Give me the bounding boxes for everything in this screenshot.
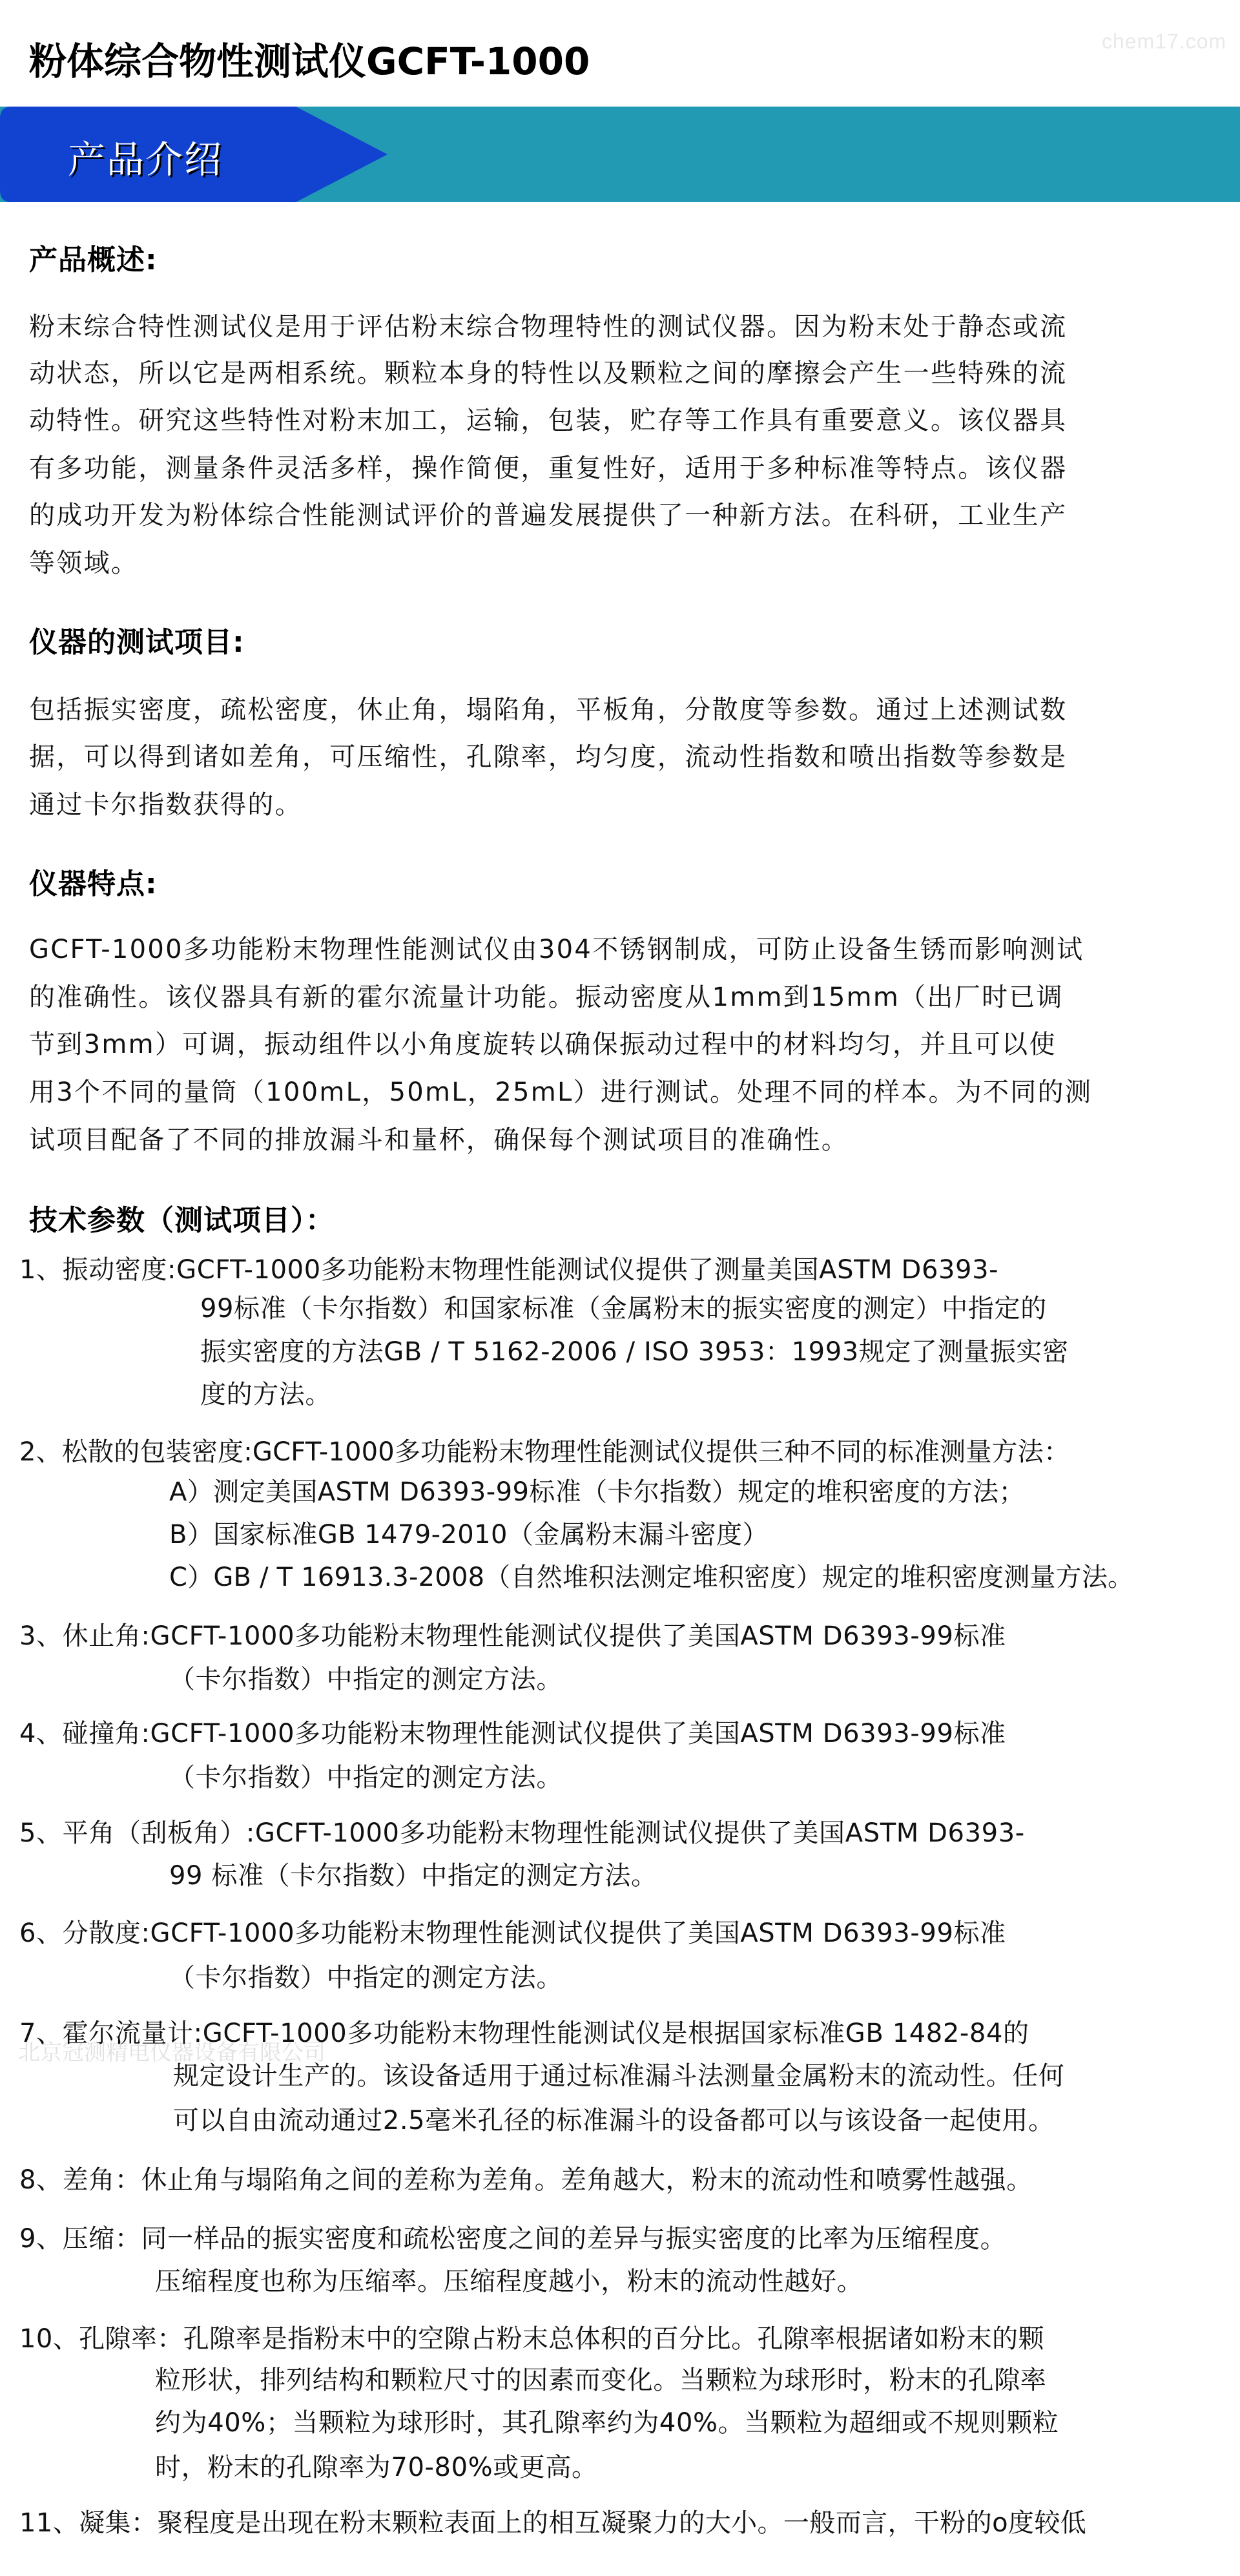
spec-item-2-sub-c: C）GB / T 16913.3-2008（自然堆积法测定堆积密度）规定的堆积密… (169, 1564, 1133, 1590)
page-title: 粉体综合物性测试仪GCFT-1000 (29, 31, 590, 85)
test-items-line: 包括振实密度，疏松密度，休止角，塌陷角，平板角，分散度等参数。通过上述测试数 (29, 697, 1067, 723)
spec-item-1-cont: 振实密度的方法GB / T 5162-2006 / ISO 3953：1993规… (200, 1339, 1069, 1365)
features-line: 用3个不同的量筒（100mL，50mL，25mL）进行测试。处理不同的样本。为不… (29, 1079, 1092, 1105)
overview-heading: 产品概述: (29, 236, 158, 278)
overview-line: 动状态，所以它是两相系统。颗粒本身的特性以及颗粒之间的摩擦会产生一些特殊的流 (29, 360, 1067, 386)
spec-item-4-cont: （卡尔指数）中指定的测定方法。 (169, 1765, 563, 1791)
spec-item-2: 2、松散的包装密度:GCFT-1000多功能粉末物理性能测试仪提供三种不同的标准… (19, 1439, 1069, 1465)
features-line: GCFT-1000多功能粉末物理性能测试仪由304不锈钢制成，可防止设备生锈而影… (29, 937, 1084, 962)
overview-line: 动特性。研究这些特性对粉末加工，运输，包装，贮存等工作具有重要意义。该仪器具 (29, 408, 1067, 433)
spec-item-10-cont: 粒形状，排列结构和颗粒尺寸的因素而变化。当颗粒为球形时，粉末的孔隙率 (155, 2367, 1046, 2393)
spec-item-6: 6、分散度:GCFT-1000多功能粉末物理性能测试仪提供了美国ASTM D63… (19, 1920, 1006, 1946)
spec-item-10-cont: 约为40%；当颗粒为球形时，其孔隙率约为40%。当颗粒为超细或不规则颗粒 (155, 2410, 1059, 2436)
spec-item-1: 1、振动密度:GCFT-1000多功能粉末物理性能测试仪提供了测量美国ASTM … (19, 1257, 998, 1283)
site-watermark: chem17.com (1102, 30, 1226, 54)
banner-label: 产品介绍 (68, 129, 223, 183)
spec-item-7-cont: 规定设计生产的。该设备适用于通过标准漏斗法测量金属粉末的流动性。任何 (173, 2063, 1064, 2089)
spec-item-1-cont: 99标准（卡尔指数）和国家标准（金属粉末的振实密度的测定）中指定的 (200, 1296, 1047, 1322)
spec-item-8: 8、差角：休止角与塌陷角之间的差称为差角。差角越大，粉末的流动性和喷雾性越强。 (19, 2167, 1033, 2193)
features-line: 的准确性。该仪器具有新的霍尔流量计功能。振动密度从1mm到15mm（出厂时已调 (29, 984, 1064, 1010)
spec-item-2-sub-b: B）国家标准GB 1479-2010（金属粉末漏斗密度） (169, 1522, 769, 1548)
test-items-line: 据，可以得到诸如差角，可压缩性，孔隙率，均匀度，流动性指数和喷出指数等参数是 (29, 744, 1067, 770)
spec-item-4: 4、碰撞角:GCFT-1000多功能粉末物理性能测试仪提供了美国ASTM D63… (19, 1721, 1006, 1747)
spec-item-9: 9、压缩：同一样品的振实密度和疏松密度之间的差异与振实密度的比率为压缩程度。 (19, 2226, 1006, 2252)
spec-item-7: 7、霍尔流量计:GCFT-1000多功能粉末物理性能测试仪是根据国家标准GB 1… (19, 2020, 1029, 2046)
spec-item-10-cont: 时，粉末的孔隙率为70-80%或更高。 (155, 2455, 598, 2480)
overview-line: 有多功能，测量条件灵活多样，操作简便，重复性好，适用于多种标准等特点。该仪器 (29, 455, 1067, 481)
spec-item-2-sub-a: A）测定美国ASTM D6393-99标准（卡尔指数）规定的堆积密度的方法； (169, 1479, 1025, 1505)
spec-item-11: 11、凝集：聚程度是出现在粉末颗粒表面上的相互凝聚力的大小。一般而言，干粉的o度… (19, 2510, 1086, 2536)
spec-item-9-cont: 压缩程度也称为压缩率。压缩程度越小，粉末的流动性越好。 (155, 2269, 863, 2294)
spec-item-3-cont: （卡尔指数）中指定的测定方法。 (169, 1667, 563, 1692)
specs-heading: 技术参数（测试项目）： (29, 1197, 335, 1238)
spec-item-5-cont: 99 标准（卡尔指数）中指定的测定方法。 (169, 1863, 657, 1889)
spec-item-3: 3、休止角:GCFT-1000多功能粉末物理性能测试仪提供了美国ASTM D63… (19, 1623, 1006, 1649)
test-items-line: 通过卡尔指数获得的。 (29, 792, 302, 818)
spec-item-5: 5、平角（刮板角）:GCFT-1000多功能粉末物理性能测试仪提供了美国ASTM… (19, 1820, 1025, 1846)
overview-line: 粉末综合特性测试仪是用于评估粉末综合物理特性的测试仪器。因为粉末处于静态或流 (29, 314, 1067, 340)
features-heading: 仪器特点: (29, 860, 158, 902)
spec-item-6-cont: （卡尔指数）中指定的测定方法。 (169, 1965, 563, 1991)
overview-line: 的成功开发为粉体综合性能测试评价的普遍发展提供了一种新方法。在科研，工业生产 (29, 503, 1067, 528)
features-line: 节到3mm）可调，振动组件以小角度旋转以确保振动过程中的材料均匀，并且可以使 (29, 1032, 1057, 1057)
features-line: 试项目配备了不同的排放漏斗和量杯，确保每个测试项目的准确性。 (29, 1127, 849, 1153)
test-items-heading: 仪器的测试项目: (29, 619, 245, 660)
spec-item-10: 10、孔隙率：孔隙率是指粉末中的空隙占粉末总体积的百分比。孔隙率根据诸如粉末的颗 (19, 2326, 1044, 2352)
spec-item-1-cont: 度的方法。 (200, 1382, 331, 1407)
spec-item-7-cont: 可以自由流动通过2.5毫米孔径的标准漏斗的设备都可以与该设备一起使用。 (173, 2108, 1055, 2134)
overview-line: 等领域。 (29, 550, 138, 576)
